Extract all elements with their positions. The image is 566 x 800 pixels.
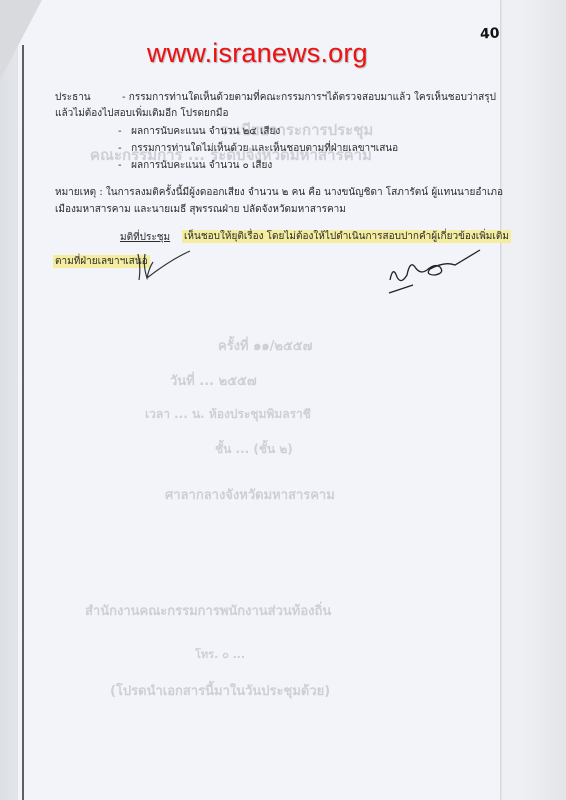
signature-icon xyxy=(385,245,485,300)
bleed-through-line: ชั้น ... (ชั้น ๒) xyxy=(215,440,293,459)
page-edge xyxy=(500,0,501,800)
vote-item-text: ผลการนับคะแนน จำนวน ๒๔ เสียง xyxy=(131,126,280,137)
bleed-through-line: ศาลากลางจังหวัดมหาสารคาม xyxy=(165,484,335,505)
vote-item-text: กรรมการท่านใดไม่เห็นด้วย และเห็นชอบตามที… xyxy=(131,143,398,154)
resolution-text: เห็นชอบให้ยุติเรื่อง โดยไม่ต้องให้ไปดำเน… xyxy=(182,229,511,244)
chair-label: ประธาน xyxy=(55,90,91,105)
handwritten-page-number: 40 xyxy=(480,26,500,43)
bleed-through-line: เวลา ... น. ห้องประชุมพิมลราชี xyxy=(145,405,311,424)
binder-line xyxy=(22,45,24,800)
folded-corner xyxy=(0,0,42,80)
vote-item: - ผลการนับคะแนน จำนวน ๒๔ เสียง xyxy=(118,124,280,139)
bleed-through-line: ครั้งที่ ๑๑/๒๕๕๗ xyxy=(218,335,312,356)
bleed-through-line: โทร. ๐ ... xyxy=(195,645,245,663)
chair-statement: - กรรมการท่านใดเห็นด้วยตามที่คณะกรรมการฯ… xyxy=(122,90,496,105)
bleed-through-line: วันที่ ... ๒๕๕๗ xyxy=(170,370,257,391)
bleed-through-line: (โปรดนำเอกสารนี้มาในวันประชุมด้วย) xyxy=(110,680,330,701)
chair-statement-cont: แล้วไม่ต้องไปสอบเพิ่มเติมอีก โปรดยกมือ xyxy=(55,106,228,121)
resolution-highlight: เห็นชอบให้ยุติเรื่อง โดยไม่ต้องให้ไปดำเน… xyxy=(182,230,511,243)
resolution-label: มติที่ประชุม xyxy=(120,230,170,245)
note-line: หมายเหตุ : ในการลงมติครั้งนี้มีผู้งดออกเ… xyxy=(55,185,503,200)
bleed-through-line: สำนักงานคณะกรรมการพนักงานส่วนท้องถิ่น xyxy=(85,600,331,621)
note-line-cont: เมืองมหาสารคาม และนายเมธี สุพรรณฝ่าย ปลั… xyxy=(55,202,346,217)
vote-item: - กรรมการท่านใดไม่เห็นด้วย และเห็นชอบตาม… xyxy=(118,141,398,156)
initial-mark-icon xyxy=(135,248,195,288)
vote-item-text: ผลการนับคะแนน จำนวน ๐ เสียง xyxy=(131,160,272,171)
site-watermark: www.isranews.org xyxy=(147,38,368,69)
vote-item: - ผลการนับคะแนน จำนวน ๐ เสียง xyxy=(118,158,272,173)
